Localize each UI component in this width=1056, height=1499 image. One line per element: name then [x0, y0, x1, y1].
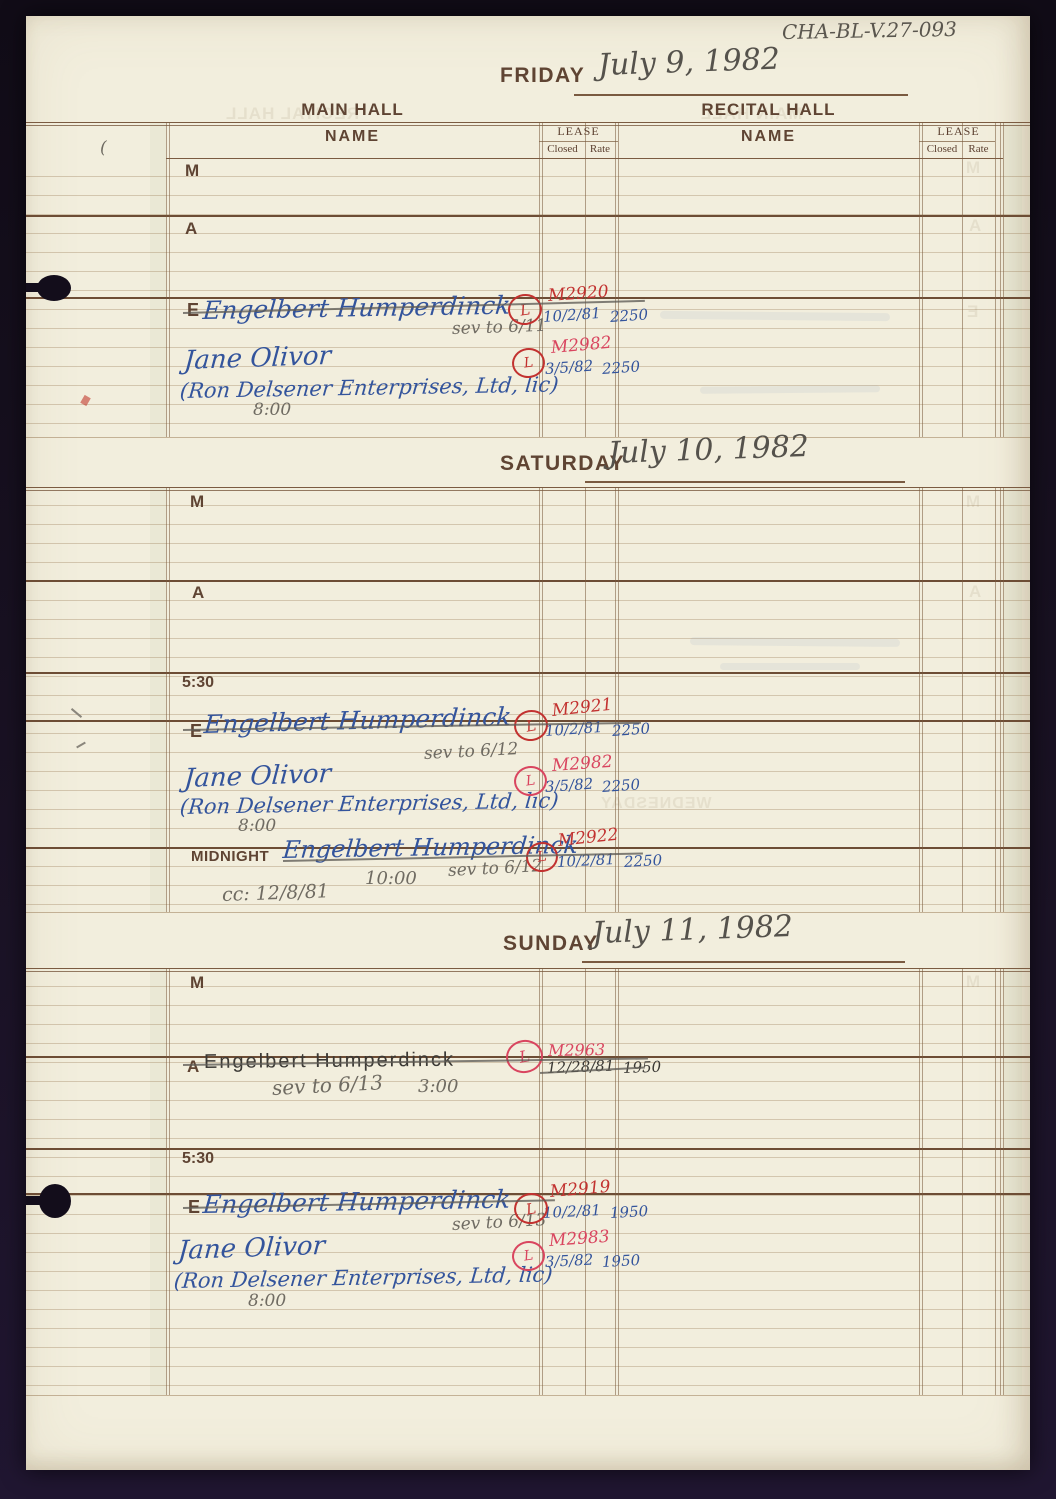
- grid-line: [26, 122, 1030, 123]
- grid-line: [962, 487, 963, 912]
- row-label-e: E: [190, 721, 202, 742]
- grid-line: [618, 968, 619, 1395]
- bleed-smear: [720, 663, 860, 670]
- closed-date: 3/5/82: [545, 1250, 594, 1271]
- rate-value: 2250: [602, 775, 641, 796]
- closed-date: 10/2/81: [544, 718, 603, 740]
- entry-time-pencil: 8:00: [253, 400, 291, 420]
- date-rule: [582, 961, 905, 963]
- bleed-row-m: M: [966, 158, 980, 178]
- rate-header-main: Rate: [585, 143, 615, 155]
- ruled-lines-sunday: [26, 968, 1030, 1396]
- scan-background: RECITAL HALL MAIN HALL M A E M A WEDNESD…: [0, 0, 1056, 1499]
- grid-line: [26, 912, 1030, 913]
- grid-line: [995, 122, 996, 437]
- grid-line: [26, 1148, 1030, 1150]
- bleed-wednesday: WEDNESDAY: [600, 795, 712, 813]
- closed-header-main: Closed: [540, 143, 585, 155]
- row-label-530: 5:30: [182, 1150, 214, 1168]
- row-label-a: A: [187, 1057, 199, 1077]
- lease-closed-rate: 3/5/82 1950: [545, 1253, 640, 1271]
- row-label-midnight: MIDNIGHT: [191, 848, 269, 865]
- rate-header-recital: Rate: [962, 143, 995, 155]
- grid-line: [585, 122, 586, 437]
- lease-closed-rate: 10/2/81 2250: [543, 308, 648, 326]
- grid-line: [919, 487, 920, 912]
- column-header-name-main: NAME: [166, 128, 539, 146]
- lease-number: M2982: [551, 752, 613, 776]
- column-header-name-recital: NAME: [618, 128, 919, 146]
- grid-line: [995, 968, 996, 1395]
- punch-hole-tear: [26, 1196, 46, 1205]
- day-title-friday: FRIDAY: [500, 64, 585, 88]
- row-label-m: M: [190, 492, 204, 512]
- entry-time-pencil: 8:00: [238, 816, 276, 836]
- rate-value: 1950: [609, 1202, 648, 1222]
- rate-value: 2250: [602, 357, 641, 378]
- grid-line: [26, 968, 1030, 969]
- grid-line: [542, 968, 543, 1395]
- grid-line: [26, 125, 1030, 126]
- day-title-saturday: SATURDAY: [500, 452, 625, 476]
- grid-line: [962, 968, 963, 1395]
- closed-date: 10/2/81: [543, 1201, 602, 1222]
- grid-line: [166, 968, 167, 1395]
- grid-line: [919, 141, 995, 142]
- lease-closed-rate: 10/2/81 1950: [543, 1204, 648, 1222]
- grid-line: [539, 968, 540, 1395]
- lease-header-recital: LEASE: [922, 124, 995, 139]
- grid-line: [166, 158, 1003, 159]
- grid-line: [26, 215, 1030, 217]
- grid-line: [169, 968, 170, 1395]
- margin-mark: (: [100, 138, 107, 158]
- grid-line: [26, 971, 1030, 972]
- grid-line: [615, 487, 616, 912]
- lease-header-main: LEASE: [542, 124, 615, 139]
- grid-line: [1003, 122, 1004, 437]
- day-title-sunday: SUNDAY: [503, 932, 599, 956]
- grid-line: [166, 122, 167, 437]
- archive-ref-code: CHA-BL-V.27-093: [782, 17, 957, 44]
- lease-number: M2983: [548, 1227, 610, 1251]
- row-label-m: M: [190, 973, 204, 993]
- grid-line: [919, 968, 920, 1395]
- row-label-e: E: [187, 300, 199, 321]
- hall-header-recital: RECITAL HALL: [618, 100, 919, 120]
- day-date-sunday: July 11, 1982: [591, 909, 793, 951]
- grid-line: [26, 1395, 1030, 1396]
- closed-date: 3/5/82: [544, 357, 593, 378]
- bleed-row-a2: A: [969, 582, 981, 602]
- grid-line: [169, 122, 170, 437]
- grid-line: [26, 490, 1030, 491]
- grid-line: [539, 141, 618, 142]
- grid-line: [922, 122, 923, 437]
- hall-header-main: MAIN HALL: [166, 100, 539, 120]
- entry-artist: Jane Olivor: [183, 341, 332, 376]
- date-rule: [574, 94, 908, 96]
- row-label-a: A: [192, 583, 204, 603]
- grid-line: [1003, 968, 1004, 1395]
- lease-closed-rate: 3/5/82 2250: [545, 360, 640, 378]
- grid-line: [922, 968, 923, 1395]
- bleed-row-a: A: [969, 216, 981, 236]
- grid-line: [1000, 122, 1001, 437]
- grid-line: [1003, 487, 1004, 912]
- entry-time-pencil: 8:00: [248, 1291, 286, 1311]
- grid-line: [26, 437, 1030, 438]
- grid-line: [26, 580, 1030, 582]
- entry-artist: Jane Olivor: [177, 1231, 326, 1266]
- grid-line: [169, 487, 170, 912]
- day-date-friday: July 9, 1982: [597, 42, 780, 83]
- closed-date: 10/2/81: [542, 304, 601, 326]
- grid-line: [995, 487, 996, 912]
- grid-line: [919, 122, 920, 437]
- entry-time-pencil: 3:00: [418, 1076, 458, 1097]
- lease-closed-rate: 3/5/82 2250: [545, 778, 640, 796]
- grid-line: [618, 487, 619, 912]
- bleed-row-m2: M: [966, 492, 980, 512]
- closed-header-recital: Closed: [920, 143, 964, 155]
- rate-value: 1950: [602, 1251, 641, 1271]
- closed-date: 3/5/82: [544, 775, 593, 796]
- grid-line: [618, 122, 619, 437]
- entry-time-pencil: 10:00: [365, 868, 417, 889]
- punch-hole-tear: [26, 283, 44, 292]
- rate-value: 2250: [609, 305, 648, 326]
- entry-artist: Jane Olivor: [183, 759, 332, 794]
- row-label-530: 5:30: [182, 674, 214, 692]
- grid-line: [615, 122, 616, 437]
- grid-line: [26, 487, 1030, 488]
- row-label-m: M: [185, 161, 199, 181]
- bleed-row-m3: M: [966, 972, 980, 992]
- footnote-pencil: cc: 12/8/81: [222, 880, 330, 906]
- grid-line: [26, 672, 1030, 674]
- row-label-a: A: [185, 219, 197, 239]
- grid-line: [166, 487, 167, 912]
- grid-line: [962, 122, 963, 437]
- day-date-saturday: July 10, 1982: [607, 429, 809, 471]
- date-rule: [585, 481, 905, 483]
- grid-line: [922, 487, 923, 912]
- grid-line: [1000, 487, 1001, 912]
- bleed-row-e: E: [967, 302, 978, 322]
- grid-line: [1000, 968, 1001, 1395]
- grid-line: [615, 968, 616, 1395]
